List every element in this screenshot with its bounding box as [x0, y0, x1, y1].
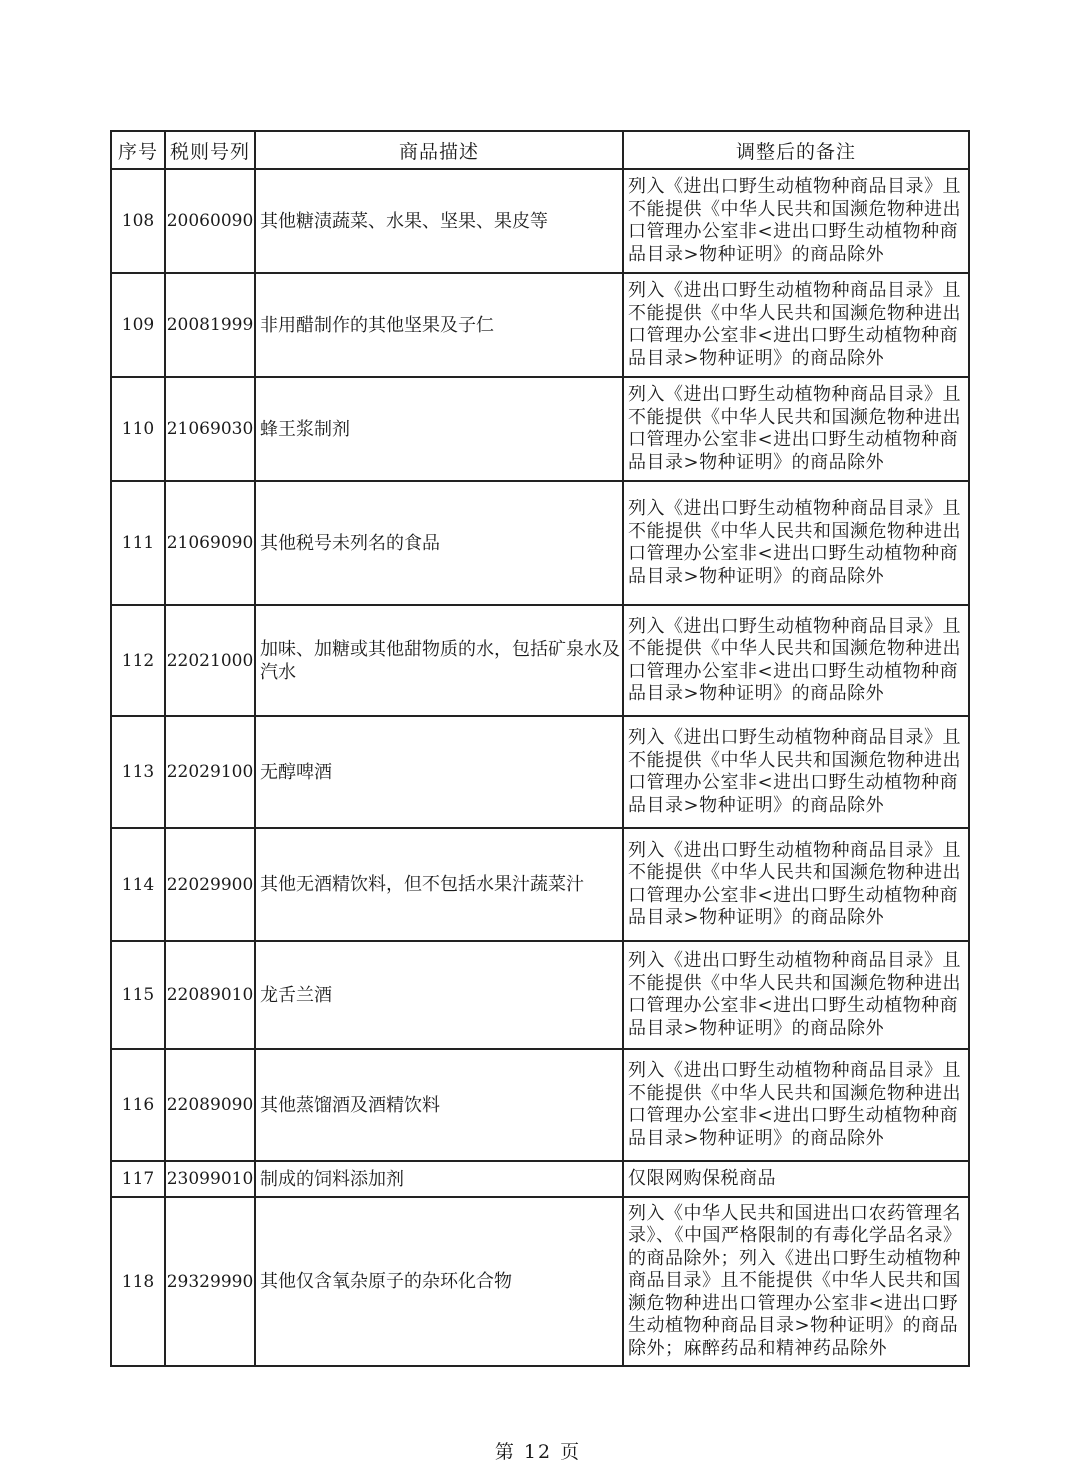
cell-seq: 112	[111, 605, 165, 716]
cell-note: 列入《进出口野生动植物种商品目录》且不能提供《中华人民共和国濒危物种进出口管理办…	[623, 828, 969, 941]
cell-seq: 110	[111, 377, 165, 481]
table-row: 11322029100无醇啤酒列入《进出口野生动植物种商品目录》且不能提供《中华…	[111, 716, 969, 828]
cell-note: 列入《进出口野生动植物种商品目录》且不能提供《中华人民共和国濒危物种进出口管理办…	[623, 1049, 969, 1161]
cell-note: 列入《进出口野生动植物种商品目录》且不能提供《中华人民共和国濒危物种进出口管理办…	[623, 169, 969, 273]
cell-seq: 109	[111, 273, 165, 377]
cell-desc: 其他税号未列名的食品	[255, 481, 623, 605]
cell-desc: 制成的饲料添加剂	[255, 1161, 623, 1197]
cell-note: 列入《进出口野生动植物种商品目录》且不能提供《中华人民共和国濒危物种进出口管理办…	[623, 941, 969, 1049]
cell-seq: 115	[111, 941, 165, 1049]
cell-code: 22029100	[165, 716, 255, 828]
cell-note: 列入《进出口野生动植物种商品目录》且不能提供《中华人民共和国濒危物种进出口管理办…	[623, 377, 969, 481]
table-row: 11522089010龙舌兰酒列入《进出口野生动植物种商品目录》且不能提供《中华…	[111, 941, 969, 1049]
cell-code: 21069090	[165, 481, 255, 605]
cell-seq: 113	[111, 716, 165, 828]
table-body: 10820060090其他糖渍蔬菜、水果、坚果、果皮等列入《进出口野生动植物种商…	[111, 169, 969, 1366]
table-header-row: 序号 税则号列 商品描述 调整后的备注	[111, 131, 969, 169]
cell-desc: 加味、加糖或其他甜物质的水，包括矿泉水及汽水	[255, 605, 623, 716]
cell-desc: 其他无酒精饮料，但不包括水果汁蔬菜汁	[255, 828, 623, 941]
cell-code: 22089010	[165, 941, 255, 1049]
cell-note: 列入《进出口野生动植物种商品目录》且不能提供《中华人民共和国濒危物种进出口管理办…	[623, 481, 969, 605]
table-row: 11622089090其他蒸馏酒及酒精饮料列入《进出口野生动植物种商品目录》且不…	[111, 1049, 969, 1161]
cell-desc: 其他仅含氧杂原子的杂环化合物	[255, 1197, 623, 1366]
table-row: 10820060090其他糖渍蔬菜、水果、坚果、果皮等列入《进出口野生动植物种商…	[111, 169, 969, 273]
cell-seq: 114	[111, 828, 165, 941]
cell-desc: 龙舌兰酒	[255, 941, 623, 1049]
cell-note: 列入《中华人民共和国进出口农药管理名录》、《中国严格限制的有毒化学品名录》的商品…	[623, 1197, 969, 1366]
cell-code: 22029900	[165, 828, 255, 941]
table-row: 10920081999非用醋制作的其他坚果及子仁列入《进出口野生动植物种商品目录…	[111, 273, 969, 377]
header-seq: 序号	[111, 131, 165, 169]
table-row: 11829329990其他仅含氧杂原子的杂环化合物列入《中华人民共和国进出口农药…	[111, 1197, 969, 1366]
cell-seq: 117	[111, 1161, 165, 1197]
table-row: 11222021000加味、加糖或其他甜物质的水，包括矿泉水及汽水列入《进出口野…	[111, 605, 969, 716]
cell-note: 列入《进出口野生动植物种商品目录》且不能提供《中华人民共和国濒危物种进出口管理办…	[623, 273, 969, 377]
cell-desc: 蜂王浆制剂	[255, 377, 623, 481]
cell-desc: 其他蒸馏酒及酒精饮料	[255, 1049, 623, 1161]
table-row: 11723099010制成的饲料添加剂仅限网购保税商品	[111, 1161, 969, 1197]
header-note: 调整后的备注	[623, 131, 969, 169]
cell-desc: 非用醋制作的其他坚果及子仁	[255, 273, 623, 377]
cell-code: 23099010	[165, 1161, 255, 1197]
tariff-table: 序号 税则号列 商品描述 调整后的备注 10820060090其他糖渍蔬菜、水果…	[110, 130, 970, 1367]
cell-desc: 无醇啤酒	[255, 716, 623, 828]
table-row: 11021069030蜂王浆制剂列入《进出口野生动植物种商品目录》且不能提供《中…	[111, 377, 969, 481]
cell-code: 29329990	[165, 1197, 255, 1366]
table-row: 11422029900其他无酒精饮料，但不包括水果汁蔬菜汁列入《进出口野生动植物…	[111, 828, 969, 941]
header-code: 税则号列	[165, 131, 255, 169]
cell-desc: 其他糖渍蔬菜、水果、坚果、果皮等	[255, 169, 623, 273]
cell-code: 22021000	[165, 605, 255, 716]
header-desc: 商品描述	[255, 131, 623, 169]
cell-note: 列入《进出口野生动植物种商品目录》且不能提供《中华人民共和国濒危物种进出口管理办…	[623, 605, 969, 716]
cell-code: 20060090	[165, 169, 255, 273]
cell-note: 仅限网购保税商品	[623, 1161, 969, 1197]
page-number: 第 12 页	[495, 1437, 581, 1464]
cell-code: 21069030	[165, 377, 255, 481]
cell-note: 列入《进出口野生动植物种商品目录》且不能提供《中华人民共和国濒危物种进出口管理办…	[623, 716, 969, 828]
table-row: 11121069090其他税号未列名的食品列入《进出口野生动植物种商品目录》且不…	[111, 481, 969, 605]
cell-seq: 116	[111, 1049, 165, 1161]
page-footer: 第 12 页	[0, 1437, 1080, 1464]
cell-code: 22089090	[165, 1049, 255, 1161]
cell-seq: 108	[111, 169, 165, 273]
cell-seq: 118	[111, 1197, 165, 1366]
cell-code: 20081999	[165, 273, 255, 377]
cell-seq: 111	[111, 481, 165, 605]
